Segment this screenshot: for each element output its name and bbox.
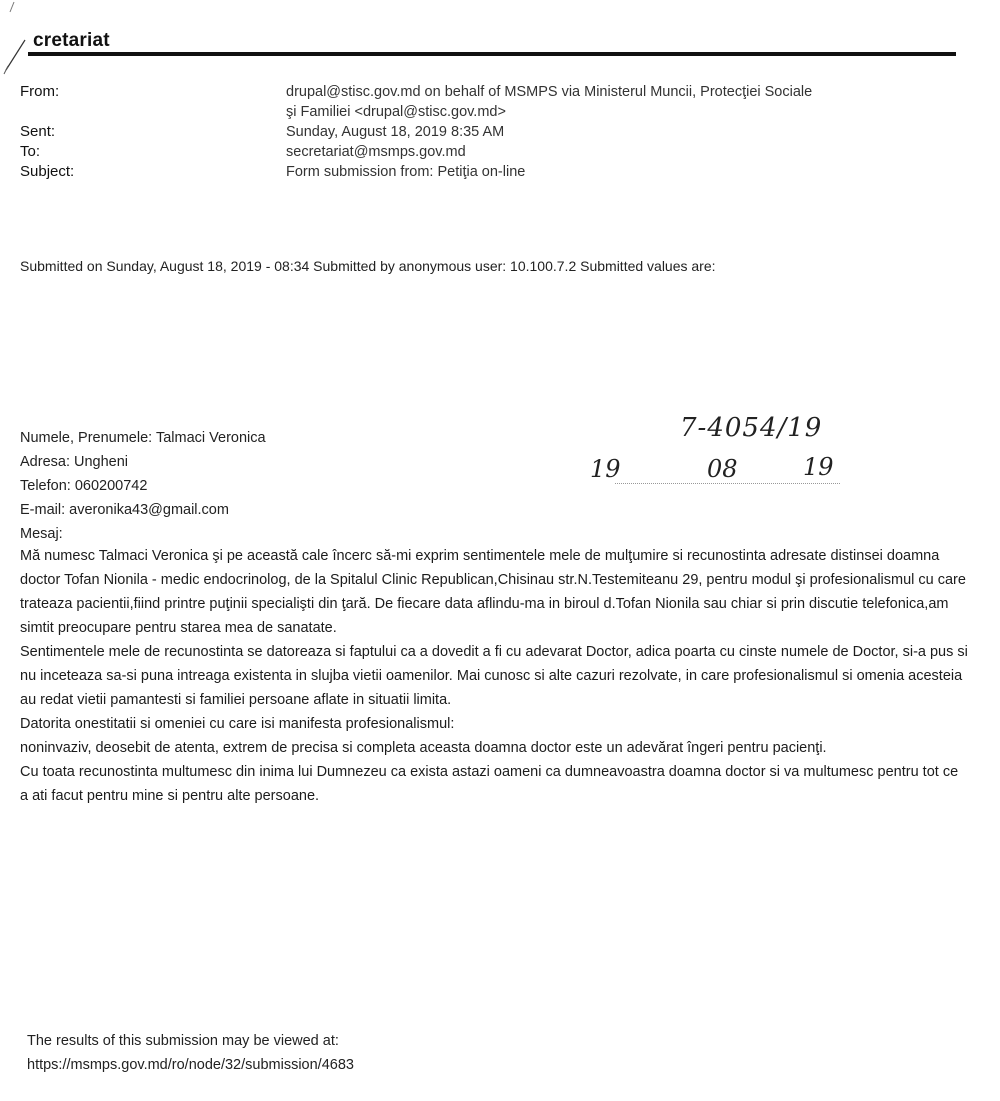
results-text: The results of this submission may be vi… [27, 1029, 354, 1053]
field-label: Numele, Prenumele: [20, 430, 152, 446]
sent-value: Sunday, August 18, 2019 8:35 AM [286, 122, 976, 142]
submission-info: Submitted on Sunday, August 18, 2019 - 0… [20, 258, 716, 274]
field-value: averonika43@gmail.com [69, 502, 229, 518]
to-label: To: [20, 142, 40, 162]
header-sent-row: Sent: Sunday, August 18, 2019 8:35 AM [20, 122, 980, 142]
from-value-line1: drupal@stisc.gov.md on behalf of MSMPS v… [286, 84, 812, 100]
field-value: 060200742 [75, 478, 148, 494]
from-value-line2: şi Familiei <drupal@stisc.gov.md> [286, 104, 506, 120]
field-message-label: Mesaj: [20, 522, 266, 546]
message-paragraph: Sentimentele mele de recunostinta se dat… [20, 640, 970, 712]
stamp-underline [615, 483, 840, 484]
from-label: From: [20, 82, 59, 102]
registration-year: 19 [803, 453, 834, 481]
email-header: From: drupal@stisc.gov.md on behalf of M… [20, 82, 980, 182]
from-value: drupal@stisc.gov.md on behalf of MSMPS v… [286, 82, 976, 122]
subject-label: Subject: [20, 162, 74, 182]
message-paragraph: Datorita onestitatii si omeniei cu care … [20, 712, 970, 736]
message-paragraph: noninvaziv, deosebit de atenta, extrem d… [20, 736, 970, 760]
field-value: Ungheni [74, 454, 128, 470]
field-label: Mesaj: [20, 526, 63, 542]
field-label: Telefon: [20, 478, 71, 494]
field-value: Talmaci Veronica [156, 430, 266, 446]
field-phone: Telefon: 060200742 [20, 474, 266, 498]
page-title: cretariat [33, 30, 110, 52]
footer: The results of this submission may be vi… [27, 1029, 354, 1077]
registration-month: 08 [707, 455, 738, 483]
registration-day: 19 [590, 455, 621, 483]
submitted-fields: Numele, Prenumele: Talmaci Veronica Adre… [20, 426, 266, 546]
registration-stamp: 7-4054/19 19 08 19 [585, 413, 865, 493]
header-to-row: To: secretariat@msmps.gov.md [20, 142, 980, 162]
field-address: Adresa: Ungheni [20, 450, 266, 474]
message-paragraph: Cu toata recunostinta multumesc din inim… [20, 760, 970, 808]
registration-number: 7-4054/19 [680, 413, 822, 443]
message-paragraph: Mă numesc Talmaci Veronica şi pe această… [20, 544, 970, 640]
field-email: E-mail: averonika43@gmail.com [20, 498, 266, 522]
title-divider [28, 52, 956, 56]
header-from-row: From: drupal@stisc.gov.md on behalf of M… [20, 82, 980, 122]
message-body: Mă numesc Talmaci Veronica şi pe această… [20, 544, 970, 808]
results-link[interactable]: https://msmps.gov.md/ro/node/32/submissi… [27, 1057, 354, 1073]
to-value: secretariat@msmps.gov.md [286, 142, 976, 162]
header-subject-row: Subject: Form submission from: Petiţia o… [20, 162, 980, 182]
field-name: Numele, Prenumele: Talmaci Veronica [20, 426, 266, 450]
sent-label: Sent: [20, 122, 55, 142]
field-label: Adresa: [20, 454, 70, 470]
field-label: E-mail: [20, 502, 65, 518]
subject-value: Form submission from: Petiţia on-line [286, 162, 976, 182]
